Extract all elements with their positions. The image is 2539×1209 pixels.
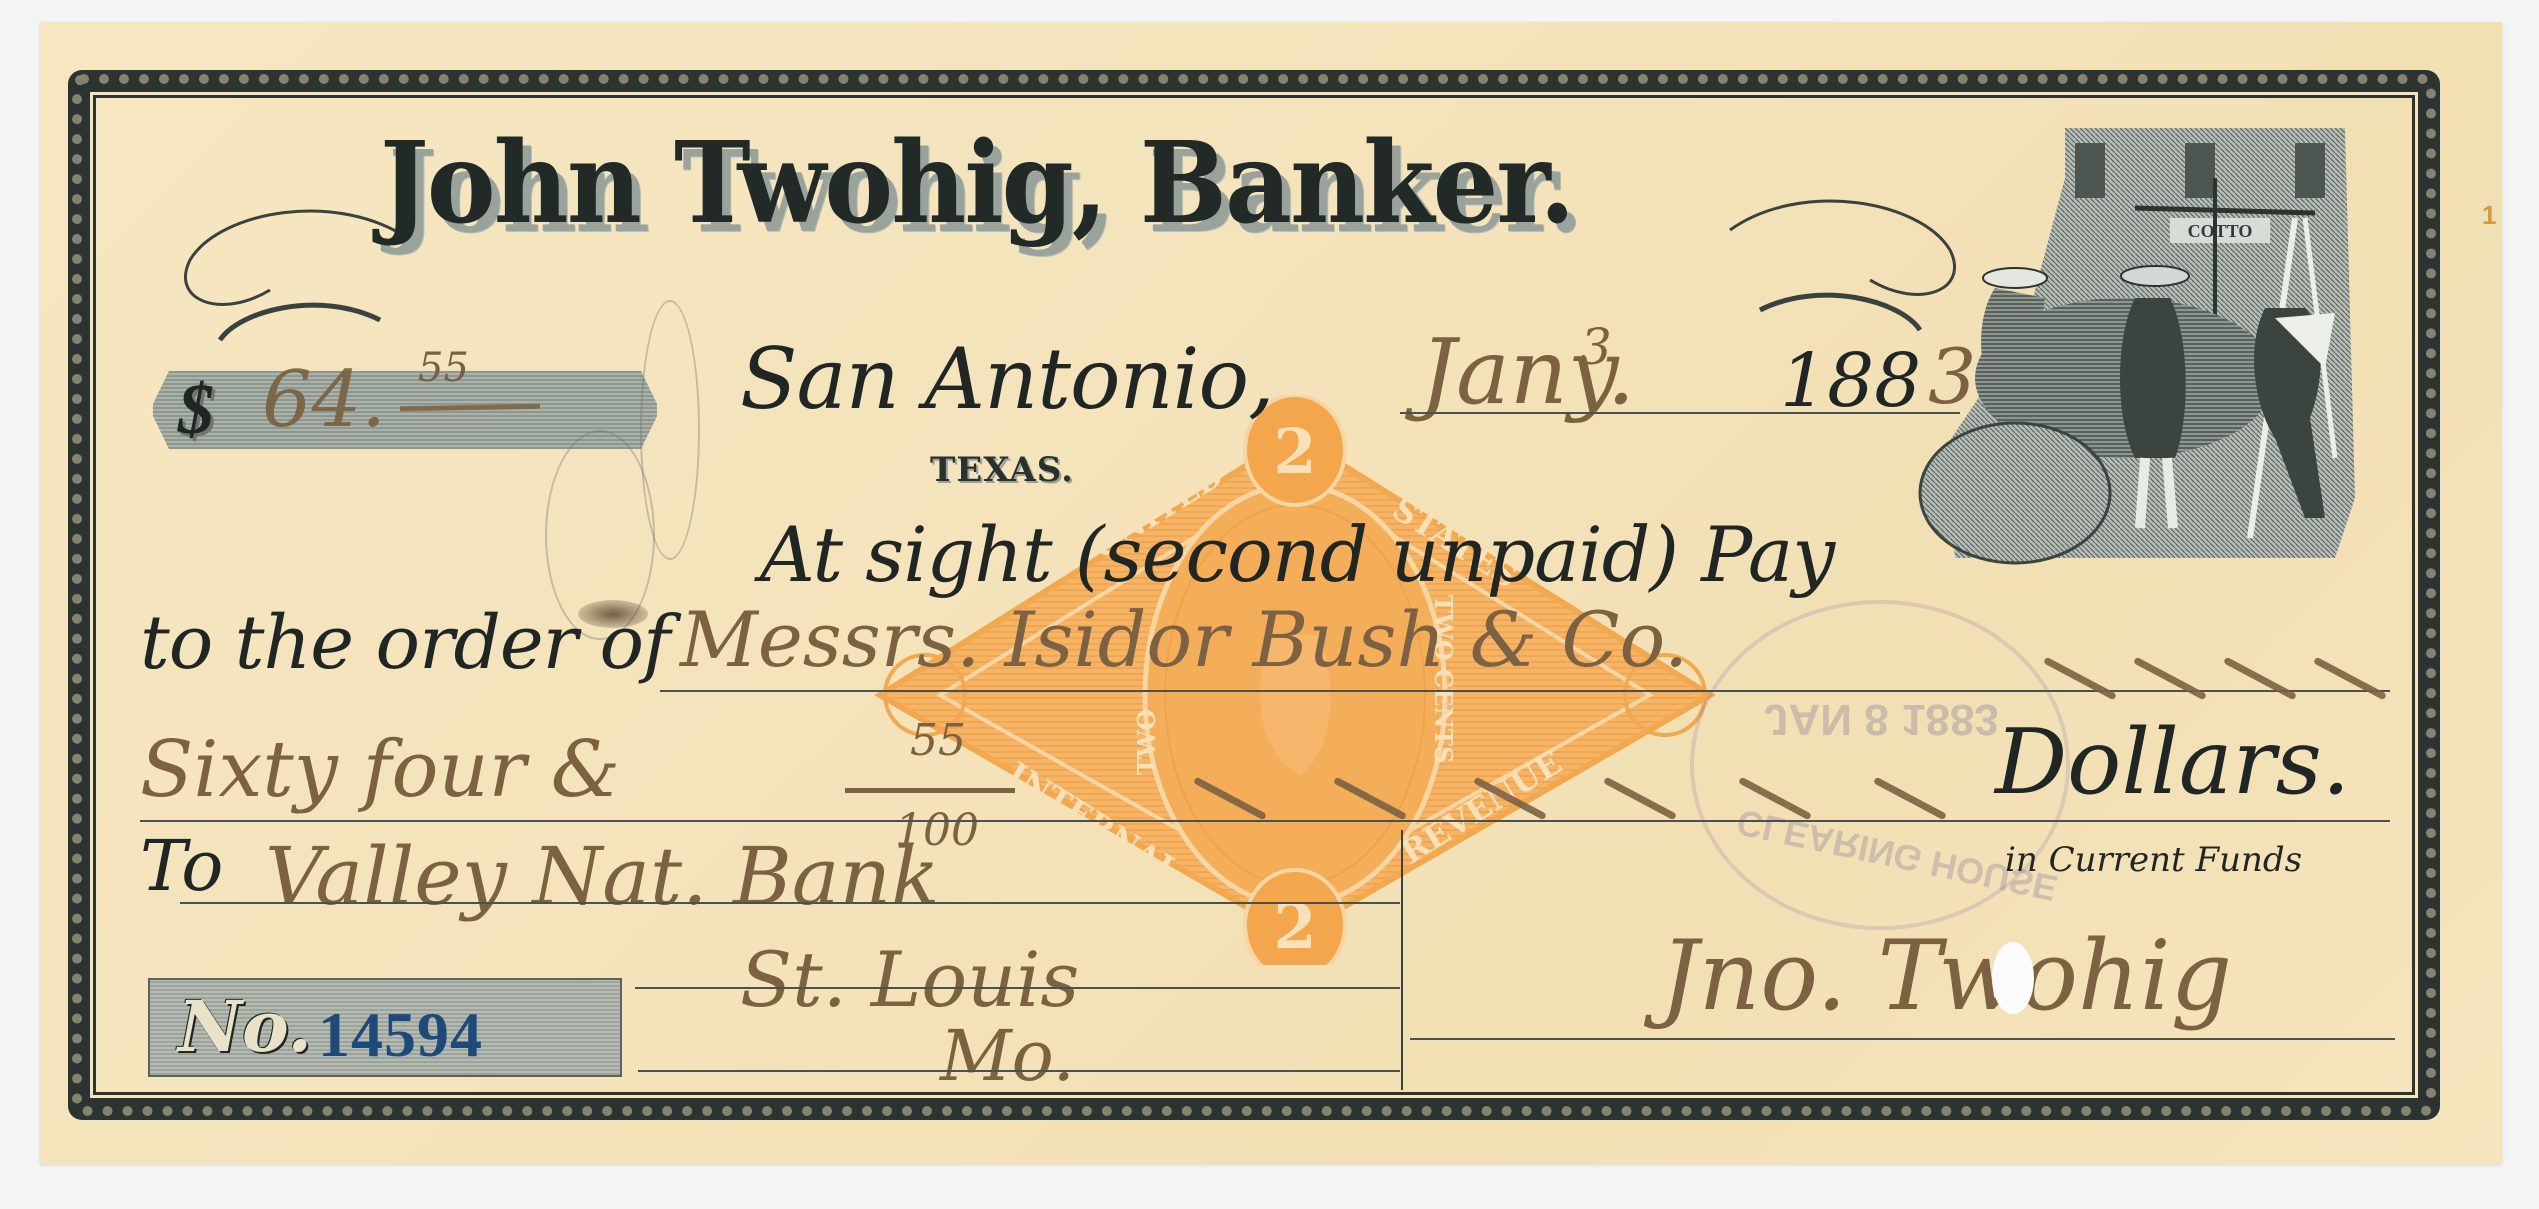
drawee-state: Mo. — [940, 1015, 1075, 1097]
svg-text:2: 2 — [1273, 415, 1316, 488]
amount-in-words: Sixty four & — [140, 725, 620, 815]
cotton-weighing-vignette: COTTO — [1915, 118, 2370, 573]
pay-to-label: to the order of — [140, 600, 669, 686]
svg-text:2: 2 — [1273, 890, 1316, 963]
date-line — [1400, 412, 1960, 414]
payee-name: Messrs. Isidor Bush & Co. — [680, 595, 1688, 684]
signature-line — [1410, 1038, 2395, 1040]
signature: Jno. Twohig — [1660, 920, 2232, 1032]
amount-words-cents-bar — [845, 788, 1015, 793]
amount-words-line — [140, 820, 2390, 822]
drawee-line-1 — [180, 902, 1400, 904]
svg-text:COTTO: COTTO — [2188, 221, 2253, 241]
drawee-line-2 — [635, 987, 1400, 989]
drawee-bank: Valley Nat. Bank — [265, 830, 939, 923]
drawee-line-3 — [638, 1070, 1400, 1072]
dollars-label: Dollars. — [1995, 710, 2350, 815]
cancellation-punch-hole — [1992, 942, 2034, 1014]
clearing-stamp-date: JAN 8 1883 — [1764, 694, 1999, 744]
payee-line — [660, 690, 2390, 692]
drawee-label: To — [140, 825, 223, 907]
drawee-city: St. Louis — [740, 935, 1079, 1024]
amount-cents: 55 — [418, 345, 469, 391]
check-number-label: No. — [178, 985, 312, 1068]
state-name: TEXAS. — [930, 450, 1074, 490]
amount-words-cents: 55 — [910, 715, 966, 766]
pencil-mark — [640, 300, 700, 560]
signature-divider — [1401, 830, 1403, 1090]
payment-terms: At sight (second unpaid) Pay — [760, 510, 1834, 599]
date-day: 3 — [1580, 318, 1612, 376]
svg-text:TWO: TWO — [1132, 709, 1161, 775]
dollar-sign: $ — [178, 368, 214, 451]
date-year-handwritten: 3 — [1928, 332, 1976, 421]
amount-dollars: 64. — [262, 355, 386, 445]
city-name: San Antonio, — [740, 330, 1274, 428]
current-funds-label: in Current Funds — [2005, 840, 2302, 880]
edge-mark: 1 — [2482, 200, 2496, 231]
check-number: 14594 — [318, 998, 483, 1072]
bank-title: John Twohig, Banker. — [380, 118, 1573, 249]
